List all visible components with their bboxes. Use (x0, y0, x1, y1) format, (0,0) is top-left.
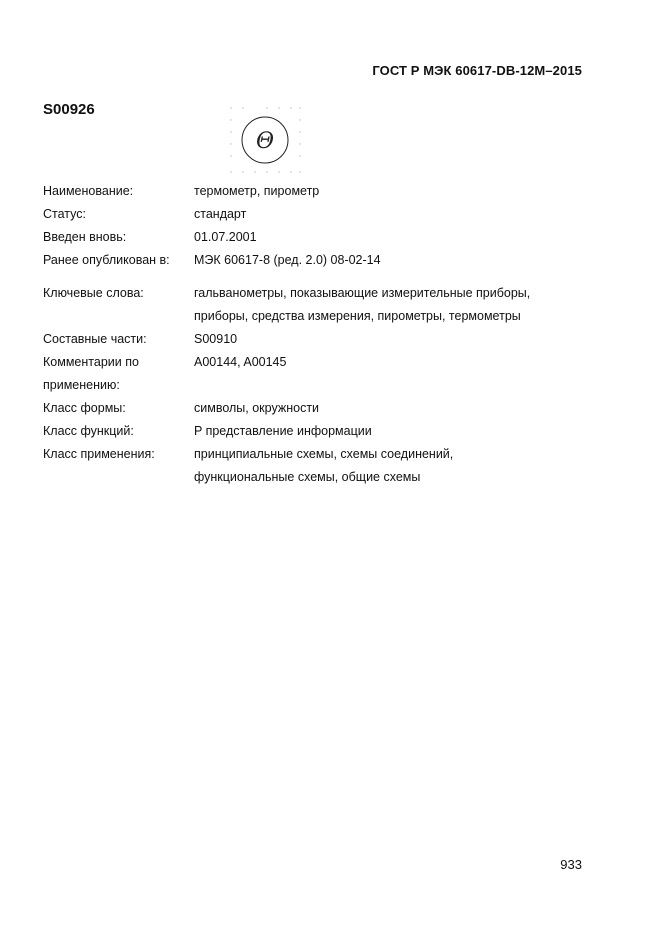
field-value: принципиальные схемы, схемы соединений, … (194, 443, 484, 489)
field-shape-class: Класс формы: символы, окружности (43, 397, 603, 420)
svg-text:Θ: Θ (256, 129, 274, 154)
field-function-class: Класс функций: P представление информаци… (43, 420, 603, 443)
field-label: Статус: (43, 203, 194, 226)
field-introduced: Введен вновь: 01.07.2001 (43, 226, 603, 249)
field-value: символы, окружности (194, 397, 603, 420)
field-label: Ключевые слова: (43, 282, 194, 328)
field-value: МЭК 60617-8 (ред. 2.0) 08-02-14 (194, 249, 603, 272)
field-label: Ранее опубликован в: (43, 249, 194, 272)
field-name: Наименование: термометр, пирометр (43, 180, 603, 203)
field-value: P представление информации (194, 420, 603, 443)
field-value: 01.07.2001 (194, 226, 603, 249)
symbol-properties: Наименование: термометр, пирометр Статус… (43, 180, 603, 489)
field-label: Класс формы: (43, 397, 194, 420)
field-components: Составные части: S00910 (43, 328, 603, 351)
field-label: Класс применения: (43, 443, 194, 489)
field-value: гальванометры, показывающие измерительны… (194, 282, 539, 328)
document-header: ГОСТ Р МЭК 60617-DB-12M–2015 (372, 63, 582, 78)
page-number: 933 (560, 857, 582, 872)
field-application-notes: Комментарии по применению: A00144, A0014… (43, 351, 603, 397)
field-previously-published: Ранее опубликован в: МЭК 60617-8 (ред. 2… (43, 249, 603, 272)
field-label: Введен вновь: (43, 226, 194, 249)
field-status: Статус: стандарт (43, 203, 603, 226)
symbol-code: S00926 (43, 101, 95, 118)
field-label: Комментарии по применению: (43, 351, 163, 397)
field-value: стандарт (194, 203, 603, 226)
field-label: Наименование: (43, 180, 194, 203)
field-value: S00910 (194, 328, 603, 351)
field-application-class: Класс применения: принципиальные схемы, … (43, 443, 603, 489)
field-value: A00144, A00145 (194, 351, 603, 397)
field-label: Составные части: (43, 328, 194, 351)
field-keywords: Ключевые слова: гальванометры, показываю… (43, 282, 603, 328)
circle-theta-symbol-icon: Θ (227, 104, 303, 176)
field-value: термометр, пирометр (194, 180, 603, 203)
field-label: Класс функций: (43, 420, 194, 443)
